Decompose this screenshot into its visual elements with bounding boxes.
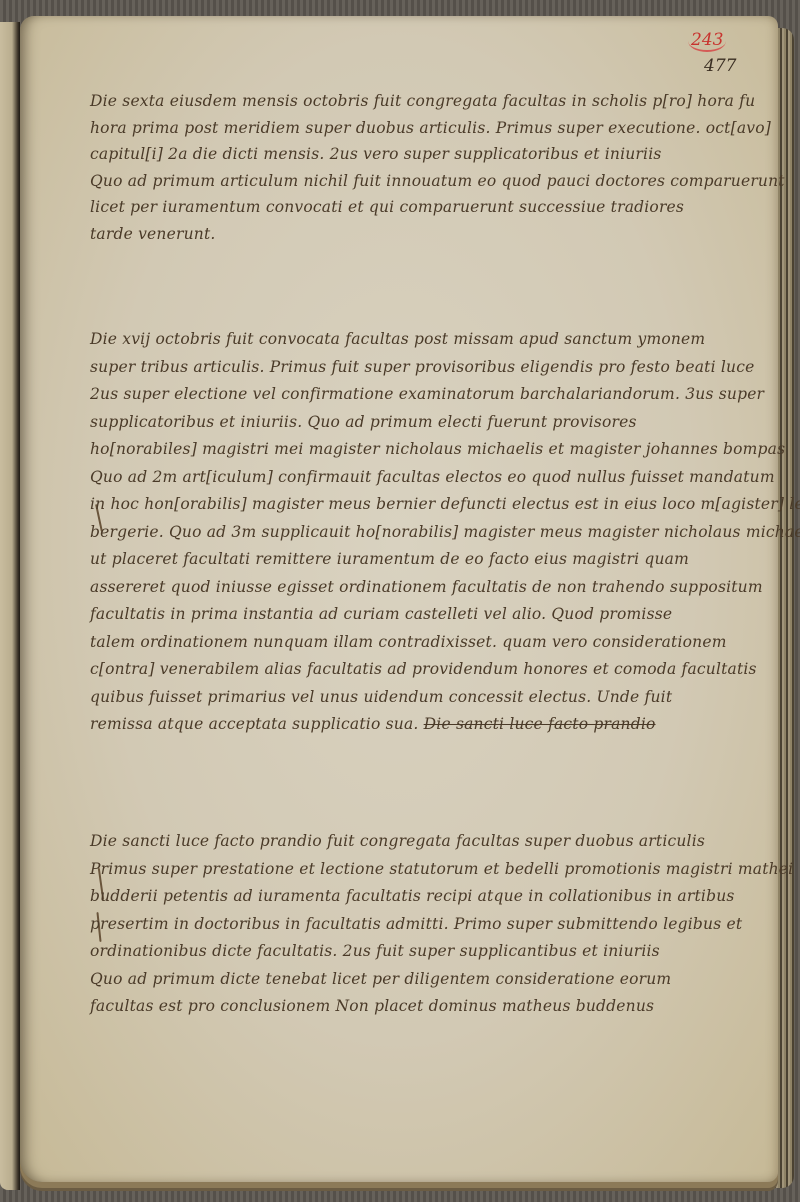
line-text: Primus super prestatione et lectione sta… [90,860,793,878]
line-text: facultatis in prima instantia ad curiam … [90,605,672,623]
line-text: c[ontra] venerabilem alias facultatis ad… [90,660,757,678]
line-text: ho[norabiles] magistri mei magister nich… [90,440,785,458]
line-text: bergerie. Quo ad 3m supplicauit ho[norab… [90,523,800,541]
line-text: supplicatoribus et iniuriis. Quo ad prim… [90,413,637,431]
line-text: licet per iuramentum convocati et qui co… [90,198,684,216]
line-text: Die xvij octobris fuit convocata faculta… [90,330,705,348]
line-text: Quo ad 2m art[iculum] confirmauit facult… [90,468,775,486]
line-text: assereret quod iniusse egisset ordinatio… [90,578,763,596]
line-text: tarde venerunt. [90,225,216,243]
line-text: Die sexta eiusdem mensis octobris fuit c… [90,92,755,110]
line-text: Die sancti luce facto prandio fuit congr… [90,832,705,850]
line-text: budderii petentis ad iuramenta facultati… [90,887,735,905]
line-text: remissa atque acceptata supplicatio sua.… [90,715,656,733]
line-text: Quo ad primum articulum nichil fuit inno… [90,172,785,190]
page-number: 477 [704,56,736,76]
facing-page-edge [0,22,20,1190]
line-text: capitul[i] 2a die dicti mensis. 2us vero… [90,145,662,163]
line-text: hora prima post meridiem super duobus ar… [90,119,771,137]
line-text: ut placeret facultati remittere iurament… [90,550,689,568]
line-text: quibus fuisset primarius vel unus uidend… [90,688,672,706]
line-text: super tribus articulis. Primus fuit supe… [90,358,754,376]
line-text: presertim in doctoribus in facultatis ad… [90,915,742,933]
line-text: talem ordinationem nunquam illam contrad… [90,633,727,651]
struck-text: Die sancti luce facto prandio [424,715,656,733]
folio-number-red: 243 [688,30,726,52]
line-text: in hoc hon[orabilis] magister meus berni… [90,495,800,513]
line-text: facultas est pro conclusionem Non placet… [90,997,654,1015]
line-text: Quo ad primum dicte tenebat licet per di… [90,970,671,988]
line-text: 2us super electione vel confirmatione ex… [90,385,764,403]
line-text: ordinationibus dicte facultatis. 2us fui… [90,942,660,960]
